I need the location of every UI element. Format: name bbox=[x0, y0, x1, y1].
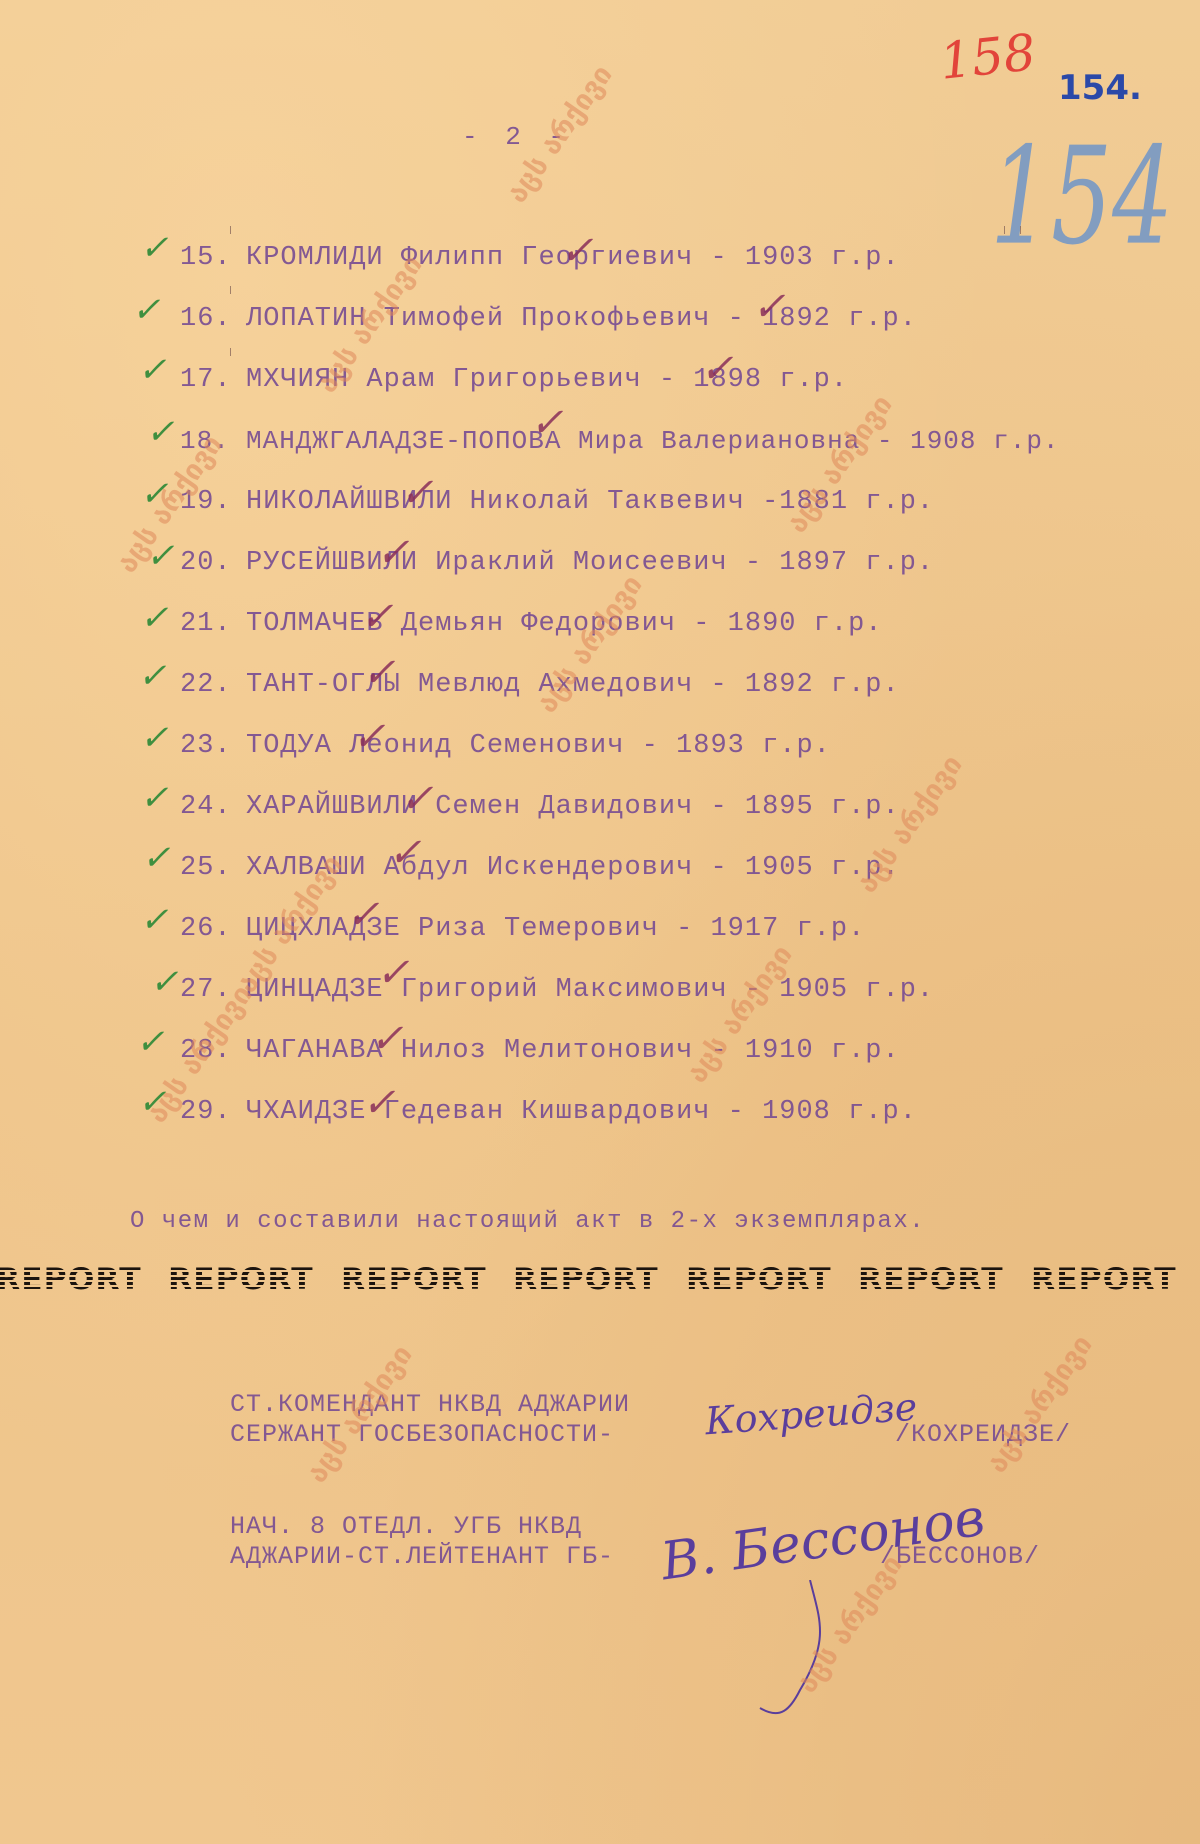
handwritten-signature: Кохреидзе bbox=[704, 1385, 919, 1444]
list-item: 16.ЛОПАТИН Тимофей Прокофьевич - 1892 г.… bbox=[180, 299, 917, 339]
signatory-name: /КОХРЕИДЗЕ/ bbox=[895, 1420, 1071, 1449]
green-check-icon: ✓ bbox=[138, 656, 167, 696]
page-number: - 2 - bbox=[462, 122, 570, 152]
green-check-icon: ✓ bbox=[146, 536, 175, 576]
list-item: 20.РУСЕЙШВИЛИ Ираклий Моисеевич - 1897 г… bbox=[180, 543, 934, 583]
purple-check-icon: ✓ bbox=[352, 714, 386, 760]
list-item: 25.ХАЛВАШИ Абдул Искендерович - 1905 г.р… bbox=[180, 848, 900, 888]
purple-check-icon: ✓ bbox=[370, 1016, 404, 1062]
report-word: REPORT bbox=[341, 1262, 487, 1296]
purple-check-icon: ✓ bbox=[700, 346, 734, 392]
blue-folio-number: 154. bbox=[1058, 68, 1142, 108]
purple-check-icon: ✓ bbox=[752, 284, 786, 330]
purple-check-icon: ✓ bbox=[400, 470, 434, 516]
purple-check-icon: ✓ bbox=[376, 530, 410, 576]
report-word: REPORT bbox=[686, 1262, 832, 1296]
red-folio-number: 158 bbox=[937, 23, 1038, 91]
green-check-icon: ✓ bbox=[132, 290, 161, 330]
pencil-folio-number: 154 bbox=[990, 118, 1173, 275]
list-item: 29.ЧХАИДЗЕ Гедеван Кишвардович - 1908 г.… bbox=[180, 1092, 917, 1132]
list-item: 17.МХЧИЯН Арам Григорьевич - 1898 г.р. bbox=[180, 360, 848, 400]
report-word: REPORT bbox=[513, 1262, 659, 1296]
purple-check-icon: ✓ bbox=[530, 400, 564, 446]
green-check-icon: ✓ bbox=[138, 1082, 167, 1122]
list-item: 15.КРОМЛИДИ Филипп Георгиевич - 1903 г.р… bbox=[180, 238, 900, 278]
signatory-name: /БЕССОНОВ/ bbox=[880, 1542, 1040, 1571]
signature-title-line1: НАЧ. 8 ОТЕДЛ. УГБ НКВД bbox=[230, 1512, 582, 1541]
purple-check-icon: ✓ bbox=[346, 892, 380, 938]
signature-flourish bbox=[740, 1580, 860, 1730]
handwritten-signature: В. Бессонов bbox=[657, 1488, 988, 1593]
purple-check-icon: ✓ bbox=[362, 650, 396, 696]
list-item: 18.МАНДЖГАЛАДЗЕ-ПОПОВА Мира Валериановна… bbox=[180, 421, 1060, 461]
green-check-icon: ✓ bbox=[140, 900, 169, 940]
list-item: 23.ТОДУА Леонид Семенович - 1893 г.р. bbox=[180, 726, 831, 766]
green-check-icon: ✓ bbox=[140, 228, 169, 268]
list-item: 26.ЦИЦХЛАДЗЕ Риза Темерович - 1917 г.р. bbox=[180, 909, 865, 949]
green-check-icon: ✓ bbox=[140, 598, 169, 638]
purple-check-icon: ✓ bbox=[360, 594, 394, 640]
purple-check-icon: ✓ bbox=[560, 228, 594, 274]
closing-statement: О чем и составили настоящий акт в 2-х эк… bbox=[130, 1208, 925, 1235]
green-check-icon: ✓ bbox=[140, 474, 169, 514]
purple-check-icon: ✓ bbox=[362, 1080, 396, 1126]
list-item: 22.ТАНТ-ОГЛЫ Мевлюд Ахмедович - 1892 г.р… bbox=[180, 665, 900, 705]
green-check-icon: ✓ bbox=[146, 412, 175, 452]
list-item: 27.ЦИНЦАДЗЕ Григорий Максимович - 1905 г… bbox=[180, 970, 934, 1010]
document-page: 158 154. 154 - 2 - 15.КРОМЛИДИ Филипп Ге… bbox=[0, 0, 1200, 1844]
green-check-icon: ✓ bbox=[150, 962, 179, 1002]
green-check-icon: ✓ bbox=[140, 778, 169, 818]
signature-title-line1: СТ.КОМЕНДАНТ НКВД АДЖАРИИ bbox=[230, 1390, 630, 1419]
green-check-icon: ✓ bbox=[136, 1022, 165, 1062]
purple-check-icon: ✓ bbox=[388, 830, 422, 876]
report-banner: REPORT REPORT REPORT REPORT REPORT REPOR… bbox=[0, 1262, 1200, 1296]
report-word: REPORT bbox=[858, 1262, 1004, 1296]
report-word: REPORT bbox=[0, 1262, 142, 1296]
report-word: REPORT bbox=[168, 1262, 314, 1296]
list-item: 24.ХАРАЙШВИЛИ Семен Давидович - 1895 г.р… bbox=[180, 787, 900, 827]
purple-check-icon: ✓ bbox=[400, 776, 434, 822]
list-item: 28.ЧАГАНАВА Нилоз Мелитонович - 1910 г.р… bbox=[180, 1031, 900, 1071]
purple-check-icon: ✓ bbox=[376, 950, 410, 996]
archive-watermark: აცს არქივი bbox=[980, 1329, 1099, 1479]
list-item: 21.ТОЛМАЧЕВ Демьян Федорович - 1890 г.р. bbox=[180, 604, 883, 644]
signature-title-line2: СЕРЖАНТ ГОСБЕЗОПАСНОСТИ- bbox=[230, 1420, 614, 1449]
green-check-icon: ✓ bbox=[140, 718, 169, 758]
signature-title-line2: АДЖАРИИ-СТ.ЛЕЙТЕНАНТ ГБ- bbox=[230, 1542, 614, 1571]
green-check-icon: ✓ bbox=[142, 838, 171, 878]
list-item: 19.НИКОЛАЙШВИЛИ Николай Таквевич -1881 г… bbox=[180, 482, 934, 522]
green-check-icon: ✓ bbox=[138, 350, 167, 390]
report-word: REPORT bbox=[1031, 1262, 1177, 1296]
